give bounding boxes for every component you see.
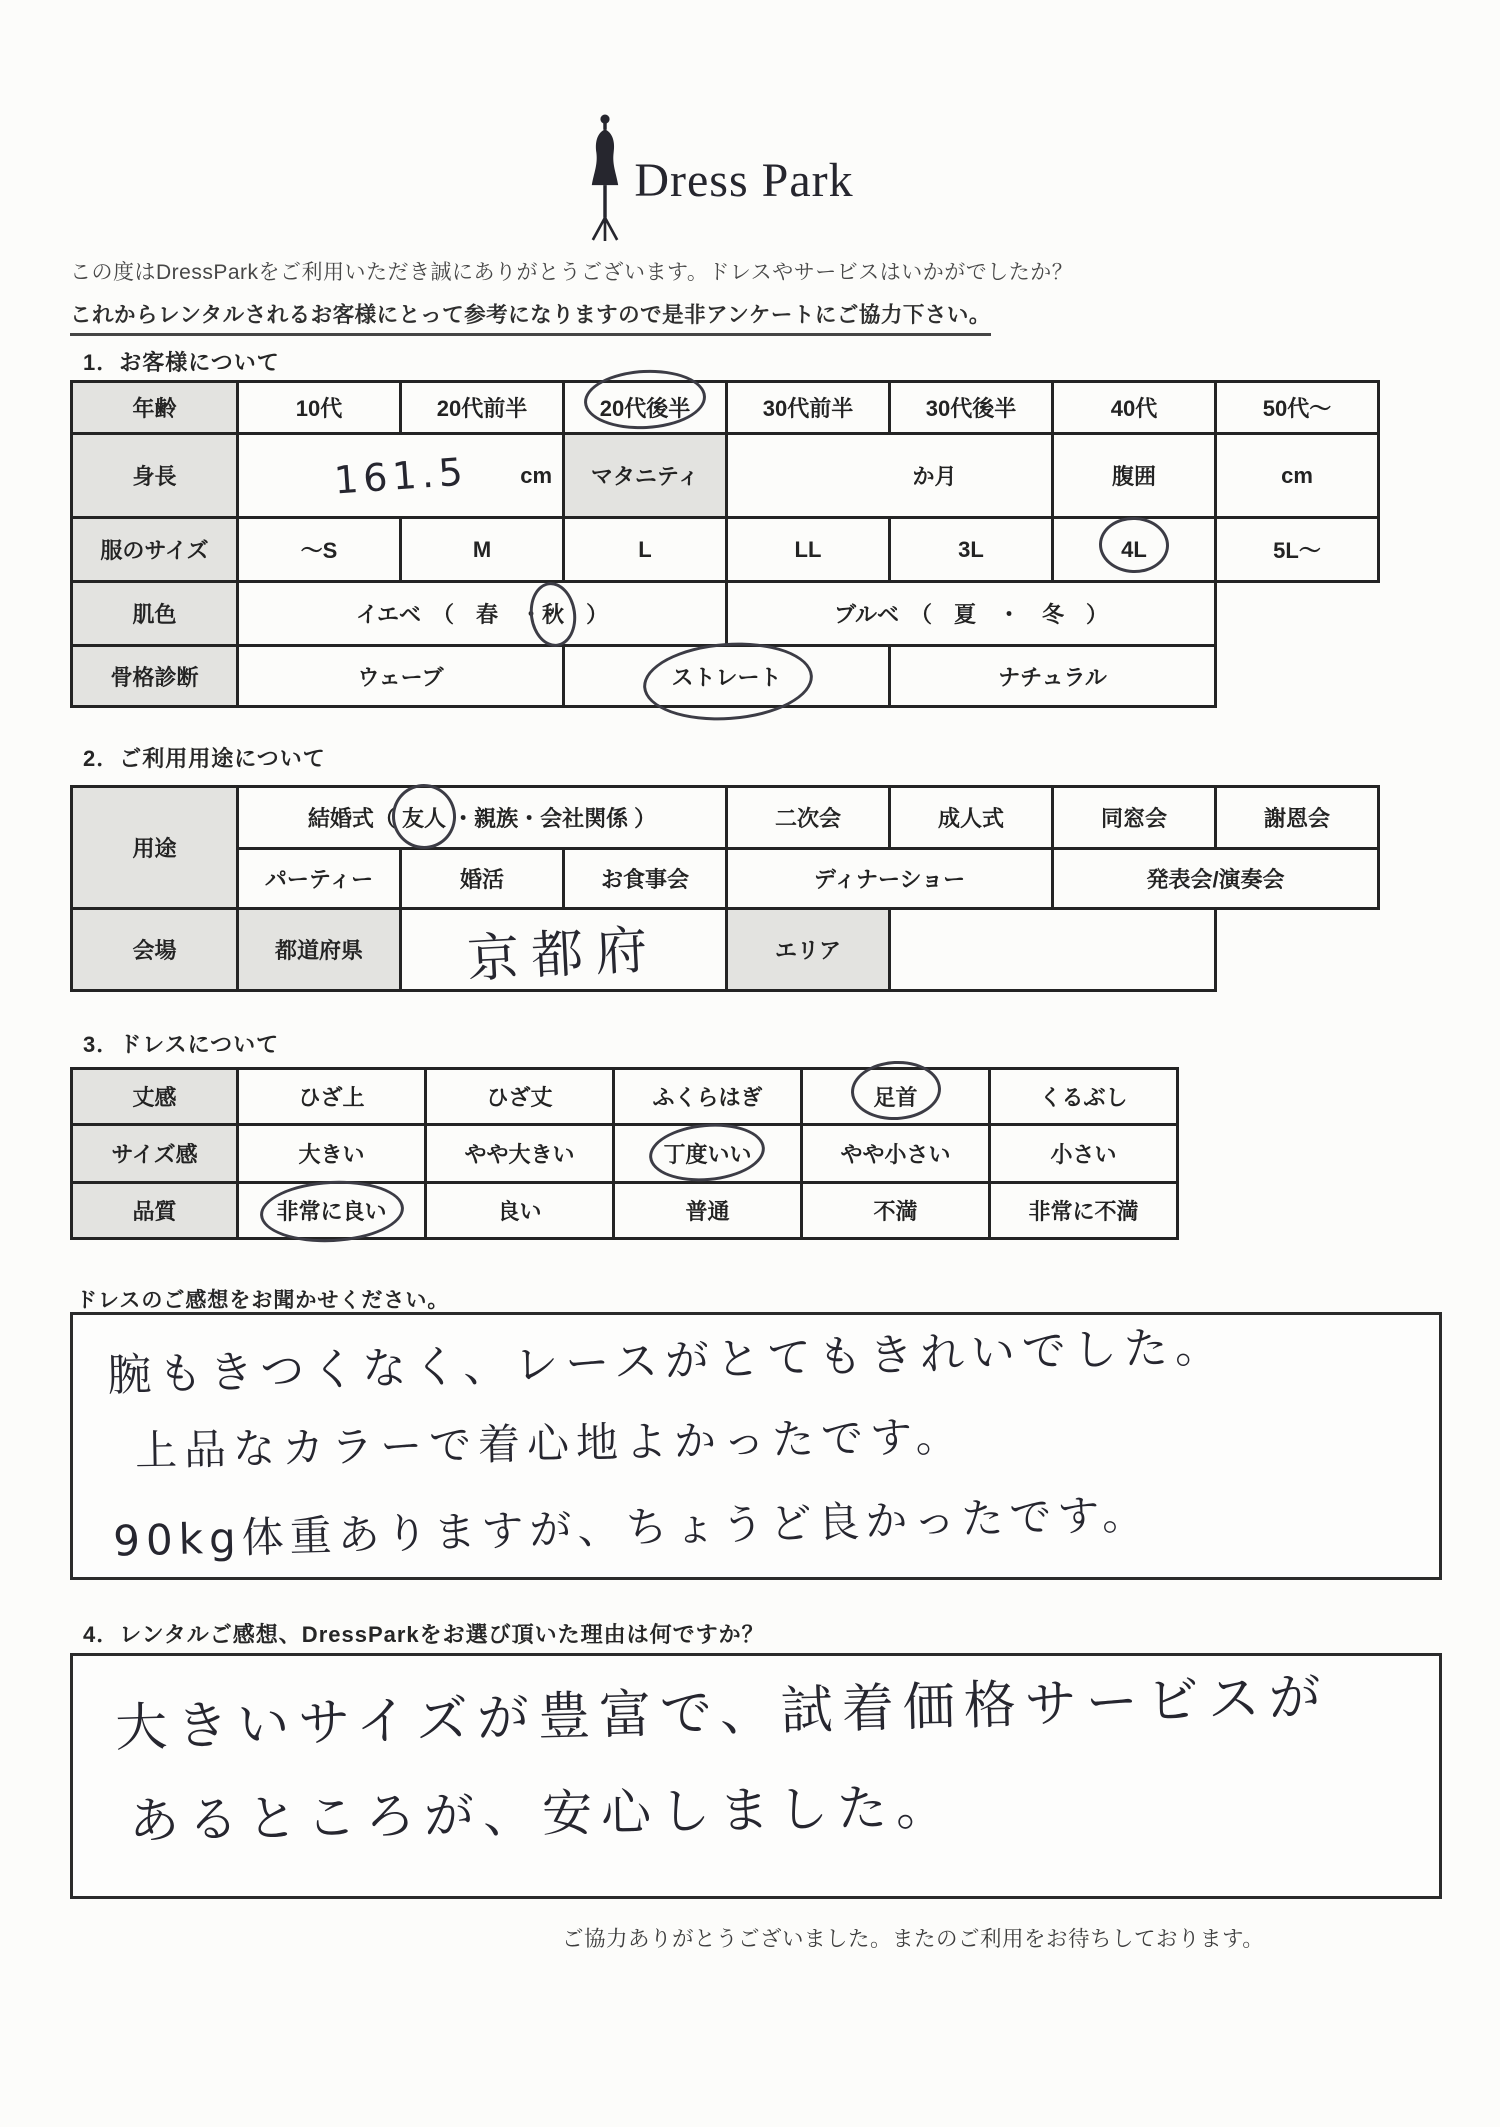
quality-row: 品質 非常に良い 良い 普通 不満 非常に不満 <box>72 1183 1178 1239</box>
area-value-cell <box>890 909 1216 991</box>
size-row: 服のサイズ ～S M L LL 3L 4L 5L～ <box>72 518 1379 582</box>
frame-option-wave: ウェーブ <box>238 646 564 707</box>
waist-label: 腹囲 <box>1053 434 1216 518</box>
size-option-m: M <box>401 518 564 582</box>
section3-heading: 3．ドレスについて <box>83 1028 279 1059</box>
dress-mannequin-icon <box>586 112 624 249</box>
size-option-5l: 5L～ <box>1216 518 1379 582</box>
size-option-3l: 3L <box>890 518 1053 582</box>
purpose-row-2: パーティー 婚活 お食事会 ディナーショー 発表会/演奏会 <box>72 849 1379 909</box>
length-option-anklebone: くるぶし <box>990 1069 1178 1125</box>
length-option-ankle: 足首 <box>802 1069 990 1125</box>
length-option-above-knee: ひざ上 <box>238 1069 426 1125</box>
quality-option-good: 良い <box>426 1183 614 1239</box>
survey-page: Dress Park この度はDressParkをご利用いただき誠にありがとうご… <box>0 0 1500 2127</box>
length-row: 丈感 ひざ上 ひざ丈 ふくらはぎ 足首 くるぶし <box>72 1069 1178 1125</box>
age-option-20s-early: 20代前半 <box>401 382 564 434</box>
dress-table: 丈感 ひざ上 ひざ丈 ふくらはぎ 足首 くるぶし サイズ感 大きい やや大きい … <box>70 1067 1179 1240</box>
fit-row: サイズ感 大きい やや大きい 丁度いい やや小さい 小さい <box>72 1125 1178 1183</box>
age-row: 年齢 10代 20代前半 20代後半 30代前半 30代後半 40代 50代～ <box>72 382 1379 434</box>
age-option-50s: 50代～ <box>1216 382 1379 434</box>
frame-option-straight: ストレート <box>564 646 890 707</box>
maternity-months-cell: か月 <box>727 434 1053 518</box>
skin-tone-label: 肌色 <box>72 582 238 646</box>
skin-tone-row: 肌色 イエベ （ 春 ・秋 ） ブルベ （ 夏 ・ 冬 ） <box>72 582 1379 646</box>
size-option-ll: LL <box>727 518 890 582</box>
dress-feedback-line2: 上品なカラーで着心地よかったです。 <box>135 1404 966 1478</box>
size-option-4l: 4L <box>1053 518 1216 582</box>
size-option-l: L <box>564 518 727 582</box>
prefecture-handwritten-value: 京都府 <box>466 907 662 992</box>
purpose-option-dinner-show: ディナーショー <box>727 849 1053 909</box>
rental-feedback-line1: 大きいサイズが豊富で、試着価格サービスが <box>114 1654 1330 1761</box>
size-option-s: ～S <box>238 518 401 582</box>
purpose-option-wedding: 結婚式（ 友人 ・親族・会社関係 ） <box>238 787 727 849</box>
empty-filler <box>1216 909 1379 991</box>
feedback-prompt: ドレスのご感想をお聞かせください。 <box>76 1284 449 1314</box>
section1-heading: 1．お客様について <box>83 346 280 377</box>
age-option-10s: 10代 <box>238 382 401 434</box>
purpose-option-party: パーティー <box>238 849 401 909</box>
area-label: エリア <box>727 909 890 991</box>
fit-option-just-right: 丁度いい <box>614 1125 802 1183</box>
maternity-label: マタニティ <box>564 434 727 518</box>
size-label: 服のサイズ <box>72 518 238 582</box>
skin-option-yellow-base: イエベ （ 春 ・秋 ） <box>238 582 727 646</box>
frame-option-natural: ナチュラル <box>890 646 1216 707</box>
height-row: 身長 161.5 cm マタニティ か月 腹囲 cm <box>72 434 1379 518</box>
purpose-option-afterparty: 二次会 <box>727 787 890 849</box>
height-unit: cm <box>520 463 552 489</box>
dress-feedback-line3: 90kg体重ありますが、ちょうど良かったです。 <box>112 1481 1150 1568</box>
empty-filler <box>1216 646 1379 707</box>
footer-thanks-text: ご協力ありがとうございました。またのご利用をお待ちしております。 <box>562 1922 1264 1953</box>
purpose-option-seijin: 成人式 <box>890 787 1053 849</box>
prefecture-value-cell: 京都府 <box>401 909 727 991</box>
dress-feedback-line1: 腕もきつくなく、レースがとてもきれいでした。 <box>106 1310 1226 1403</box>
fit-option-big: 大きい <box>238 1125 426 1183</box>
intro-request-text: これからレンタルされるお客様にとって参考になりますので是非アンケートにご協力下さ… <box>70 298 991 336</box>
quality-option-dissatisfied: 不満 <box>802 1183 990 1239</box>
fit-label: サイズ感 <box>72 1125 238 1183</box>
purpose-row-1: 用途 結婚式（ 友人 ・親族・会社関係 ） 二次会 成人式 同窓会 謝恩会 <box>72 787 1379 849</box>
length-option-knee: ひざ丈 <box>426 1069 614 1125</box>
purpose-label: 用途 <box>72 787 238 909</box>
purpose-option-thanks: 謝恩会 <box>1216 787 1379 849</box>
fit-option-slightly-big: やや大きい <box>426 1125 614 1183</box>
purpose-option-recital: 発表会/演奏会 <box>1053 849 1379 909</box>
quality-option-normal: 普通 <box>614 1183 802 1239</box>
height-handwritten-value: 161.5 <box>332 449 469 502</box>
purpose-option-reunion: 同窓会 <box>1053 787 1216 849</box>
prefecture-label: 都道府県 <box>238 909 401 991</box>
height-label: 身長 <box>72 434 238 518</box>
quality-label: 品質 <box>72 1183 238 1239</box>
age-option-30s-late: 30代後半 <box>890 382 1053 434</box>
quality-option-very-dissatisfied: 非常に不満 <box>990 1183 1178 1239</box>
venue-row: 会場 都道府県 京都府 エリア <box>72 909 1379 991</box>
age-option-40s: 40代 <box>1053 382 1216 434</box>
customer-table: 年齢 10代 20代前半 20代後半 30代前半 30代後半 40代 50代～ … <box>70 380 1380 708</box>
usage-table: 用途 結婚式（ 友人 ・親族・会社関係 ） 二次会 成人式 同窓会 謝恩会 パー… <box>70 785 1380 992</box>
age-option-20s-late: 20代後半 <box>564 382 727 434</box>
intro-thanks-text: この度はDressParkをご利用いただき誠にありがとうございます。ドレスやサー… <box>70 256 1073 286</box>
purpose-option-meal: お食事会 <box>564 849 727 909</box>
brand-logo: Dress Park <box>0 112 1500 249</box>
empty-filler <box>1216 582 1379 646</box>
length-label: 丈感 <box>72 1069 238 1125</box>
age-label: 年齢 <box>72 382 238 434</box>
waist-unit: cm <box>1216 434 1379 518</box>
section2-heading: 2．ご利用用途について <box>83 742 326 773</box>
dress-feedback-box: 腕もきつくなく、レースがとてもきれいでした。 上品なカラーで着心地よかったです。… <box>70 1312 1442 1580</box>
venue-label: 会場 <box>72 909 238 991</box>
frame-diagnosis-row: 骨格診断 ウェーブ ストレート ナチュラル <box>72 646 1379 707</box>
height-value-cell: 161.5 cm <box>238 434 564 518</box>
rental-feedback-box: 大きいサイズが豊富で、試着価格サービスが あるところが、安心しました。 <box>70 1653 1442 1899</box>
fit-option-small: 小さい <box>990 1125 1178 1183</box>
section4-heading: 4．レンタルご感想、DressParkをお選び頂いた理由は何ですか？ <box>83 1618 765 1649</box>
skin-option-blue-base: ブルベ （ 夏 ・ 冬 ） <box>727 582 1216 646</box>
quality-option-very-good: 非常に良い <box>238 1183 426 1239</box>
brand-name: Dress Park <box>634 153 853 208</box>
length-option-calf: ふくらはぎ <box>614 1069 802 1125</box>
purpose-option-konkatsu: 婚活 <box>401 849 564 909</box>
fit-option-slightly-small: やや小さい <box>802 1125 990 1183</box>
age-option-30s-early: 30代前半 <box>727 382 890 434</box>
frame-label: 骨格診断 <box>72 646 238 707</box>
rental-feedback-line2: あるところが、安心しました。 <box>128 1767 955 1853</box>
